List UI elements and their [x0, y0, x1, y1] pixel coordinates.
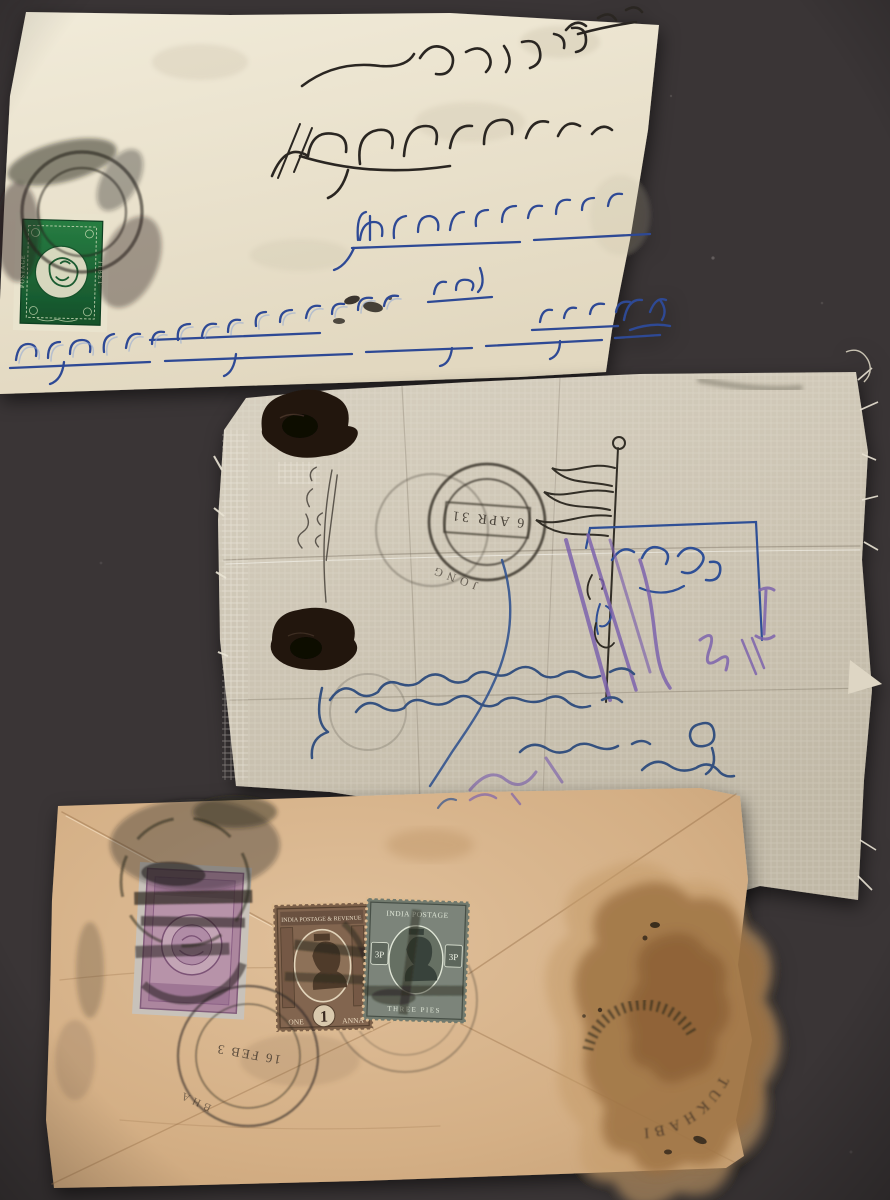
- covers-scene: TIBET POSTAGE: [0, 0, 890, 1200]
- photo-of-postal-covers: TIBET POSTAGE: [0, 0, 890, 1200]
- vignette-overlay: [0, 0, 890, 1200]
